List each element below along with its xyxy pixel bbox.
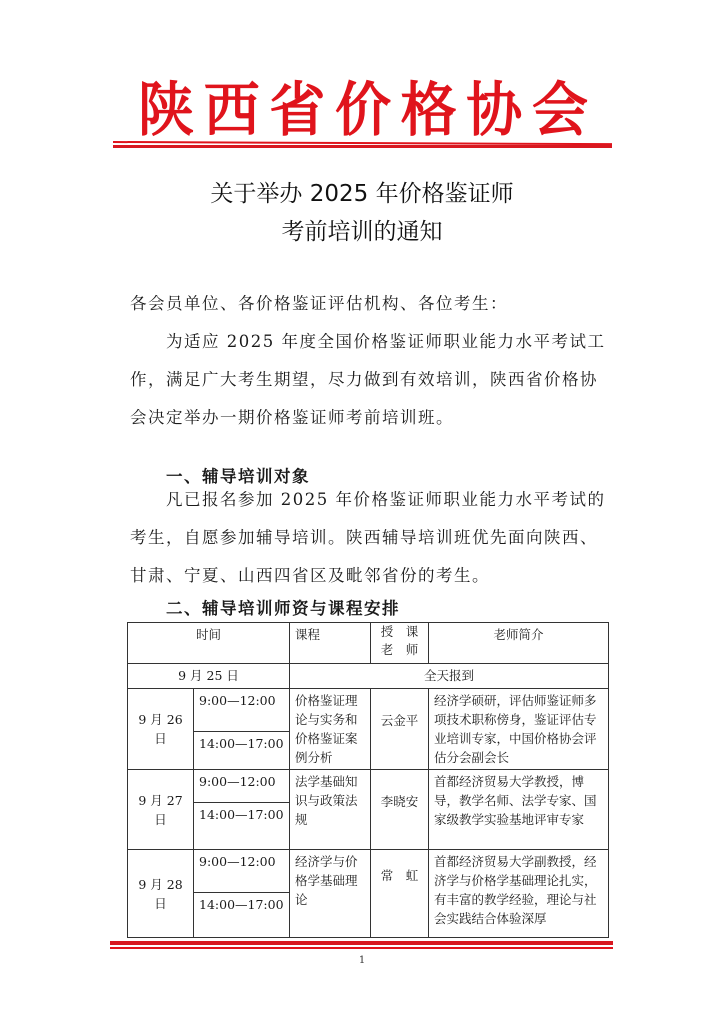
schedule-table: 时间 课程 授 课 老 师 老师简介 9 月 25 日 全天报到 9 月 26 … xyxy=(127,622,609,938)
registration-date: 9 月 25 日 xyxy=(128,664,290,689)
table-row: 9 月 27 日 9:00—12:00 法学基础知识与政策法规 李晓安 首都经济… xyxy=(128,770,609,803)
document-title-line-2: 考前培训的通知 xyxy=(0,213,724,246)
intro-paragraph: 为适应 2025 年度全国价格鉴证师职业能力水平考试工作，满足广大考生期望，尽力… xyxy=(130,323,610,437)
salutation: 各会员单位、各价格鉴证评估机构、各位考生： xyxy=(130,285,610,323)
course-name: 经济学与价格学基础理论 xyxy=(290,850,371,938)
masthead-char: 省 xyxy=(269,76,325,143)
teacher-bio: 首都经济贸易大学教授，博导，教学名师、法学专家、国家级教学实验基地评审专家 xyxy=(429,770,609,850)
teacher-name: 李晓安 xyxy=(371,770,429,850)
header-teacher-line-2: 老 师 xyxy=(373,641,426,659)
course-name: 法学基础知识与政策法规 xyxy=(290,770,371,850)
masthead-char: 格 xyxy=(401,76,457,143)
masthead-char: 陕 xyxy=(138,76,194,143)
afternoon-time: 14:00—17:00 xyxy=(194,803,290,850)
afternoon-time: 14:00—17:00 xyxy=(194,731,290,769)
masthead-char: 价 xyxy=(335,76,391,143)
section-1-body: 凡已报名参加 2025 年价格鉴证师职业能力水平考试的考生，自愿参加辅导培训。陕… xyxy=(130,481,610,595)
document-title-line-1: 关于举办 2025 年价格鉴证师 xyxy=(0,175,724,208)
teacher-name: 云金平 xyxy=(371,689,429,770)
registration-note: 全天报到 xyxy=(290,664,609,689)
footer-rule-thin xyxy=(110,947,613,949)
day-date: 9 月 27 日 xyxy=(128,770,194,850)
table-row: 9 月 28 日 9:00—12:00 经济学与价格学基础理论 常 虹 首都经济… xyxy=(128,850,609,893)
morning-time: 9:00—12:00 xyxy=(194,689,290,732)
header-course: 课程 xyxy=(290,623,371,664)
teacher-bio: 经济学硕研，评估师鉴证师多项技术职称傍身，鉴证评估专业培训专家，中国价格协会评估… xyxy=(429,689,609,770)
header-teacher-line-1: 授 课 xyxy=(373,623,426,641)
header-teacher: 授 课 老 师 xyxy=(371,623,429,664)
page-number: 1 xyxy=(0,955,724,966)
header-bio: 老师简介 xyxy=(429,623,609,664)
morning-time: 9:00—12:00 xyxy=(194,850,290,893)
table-header-row: 时间 课程 授 课 老 师 老师简介 xyxy=(128,623,609,664)
table-row-registration: 9 月 25 日 全天报到 xyxy=(128,664,609,689)
course-name: 价格鉴证理论与实务和价格鉴证案例分析 xyxy=(290,689,371,770)
day-date: 9 月 26 日 xyxy=(128,689,194,770)
table-row: 9 月 26 日 9:00—12:00 价格鉴证理论与实务和价格鉴证案例分析 云… xyxy=(128,689,609,732)
afternoon-time: 14:00—17:00 xyxy=(194,893,290,938)
morning-time: 9:00—12:00 xyxy=(194,770,290,803)
day-date: 9 月 28 日 xyxy=(128,850,194,938)
teacher-name: 常 虹 xyxy=(371,850,429,938)
masthead-char: 会 xyxy=(532,76,588,143)
masthead-char: 西 xyxy=(204,76,260,143)
header-time: 时间 xyxy=(128,623,290,664)
footer-rule-thick xyxy=(110,941,613,945)
teacher-bio: 首都经济贸易大学副教授，经济学与价格学基础理论扎实，有丰富的教学经验，理论与社会… xyxy=(429,850,609,938)
masthead-org-name: 陕 西 省 价 格 协 会 xyxy=(112,78,614,142)
masthead-char: 协 xyxy=(466,76,522,143)
header-rule-thick xyxy=(113,145,612,148)
